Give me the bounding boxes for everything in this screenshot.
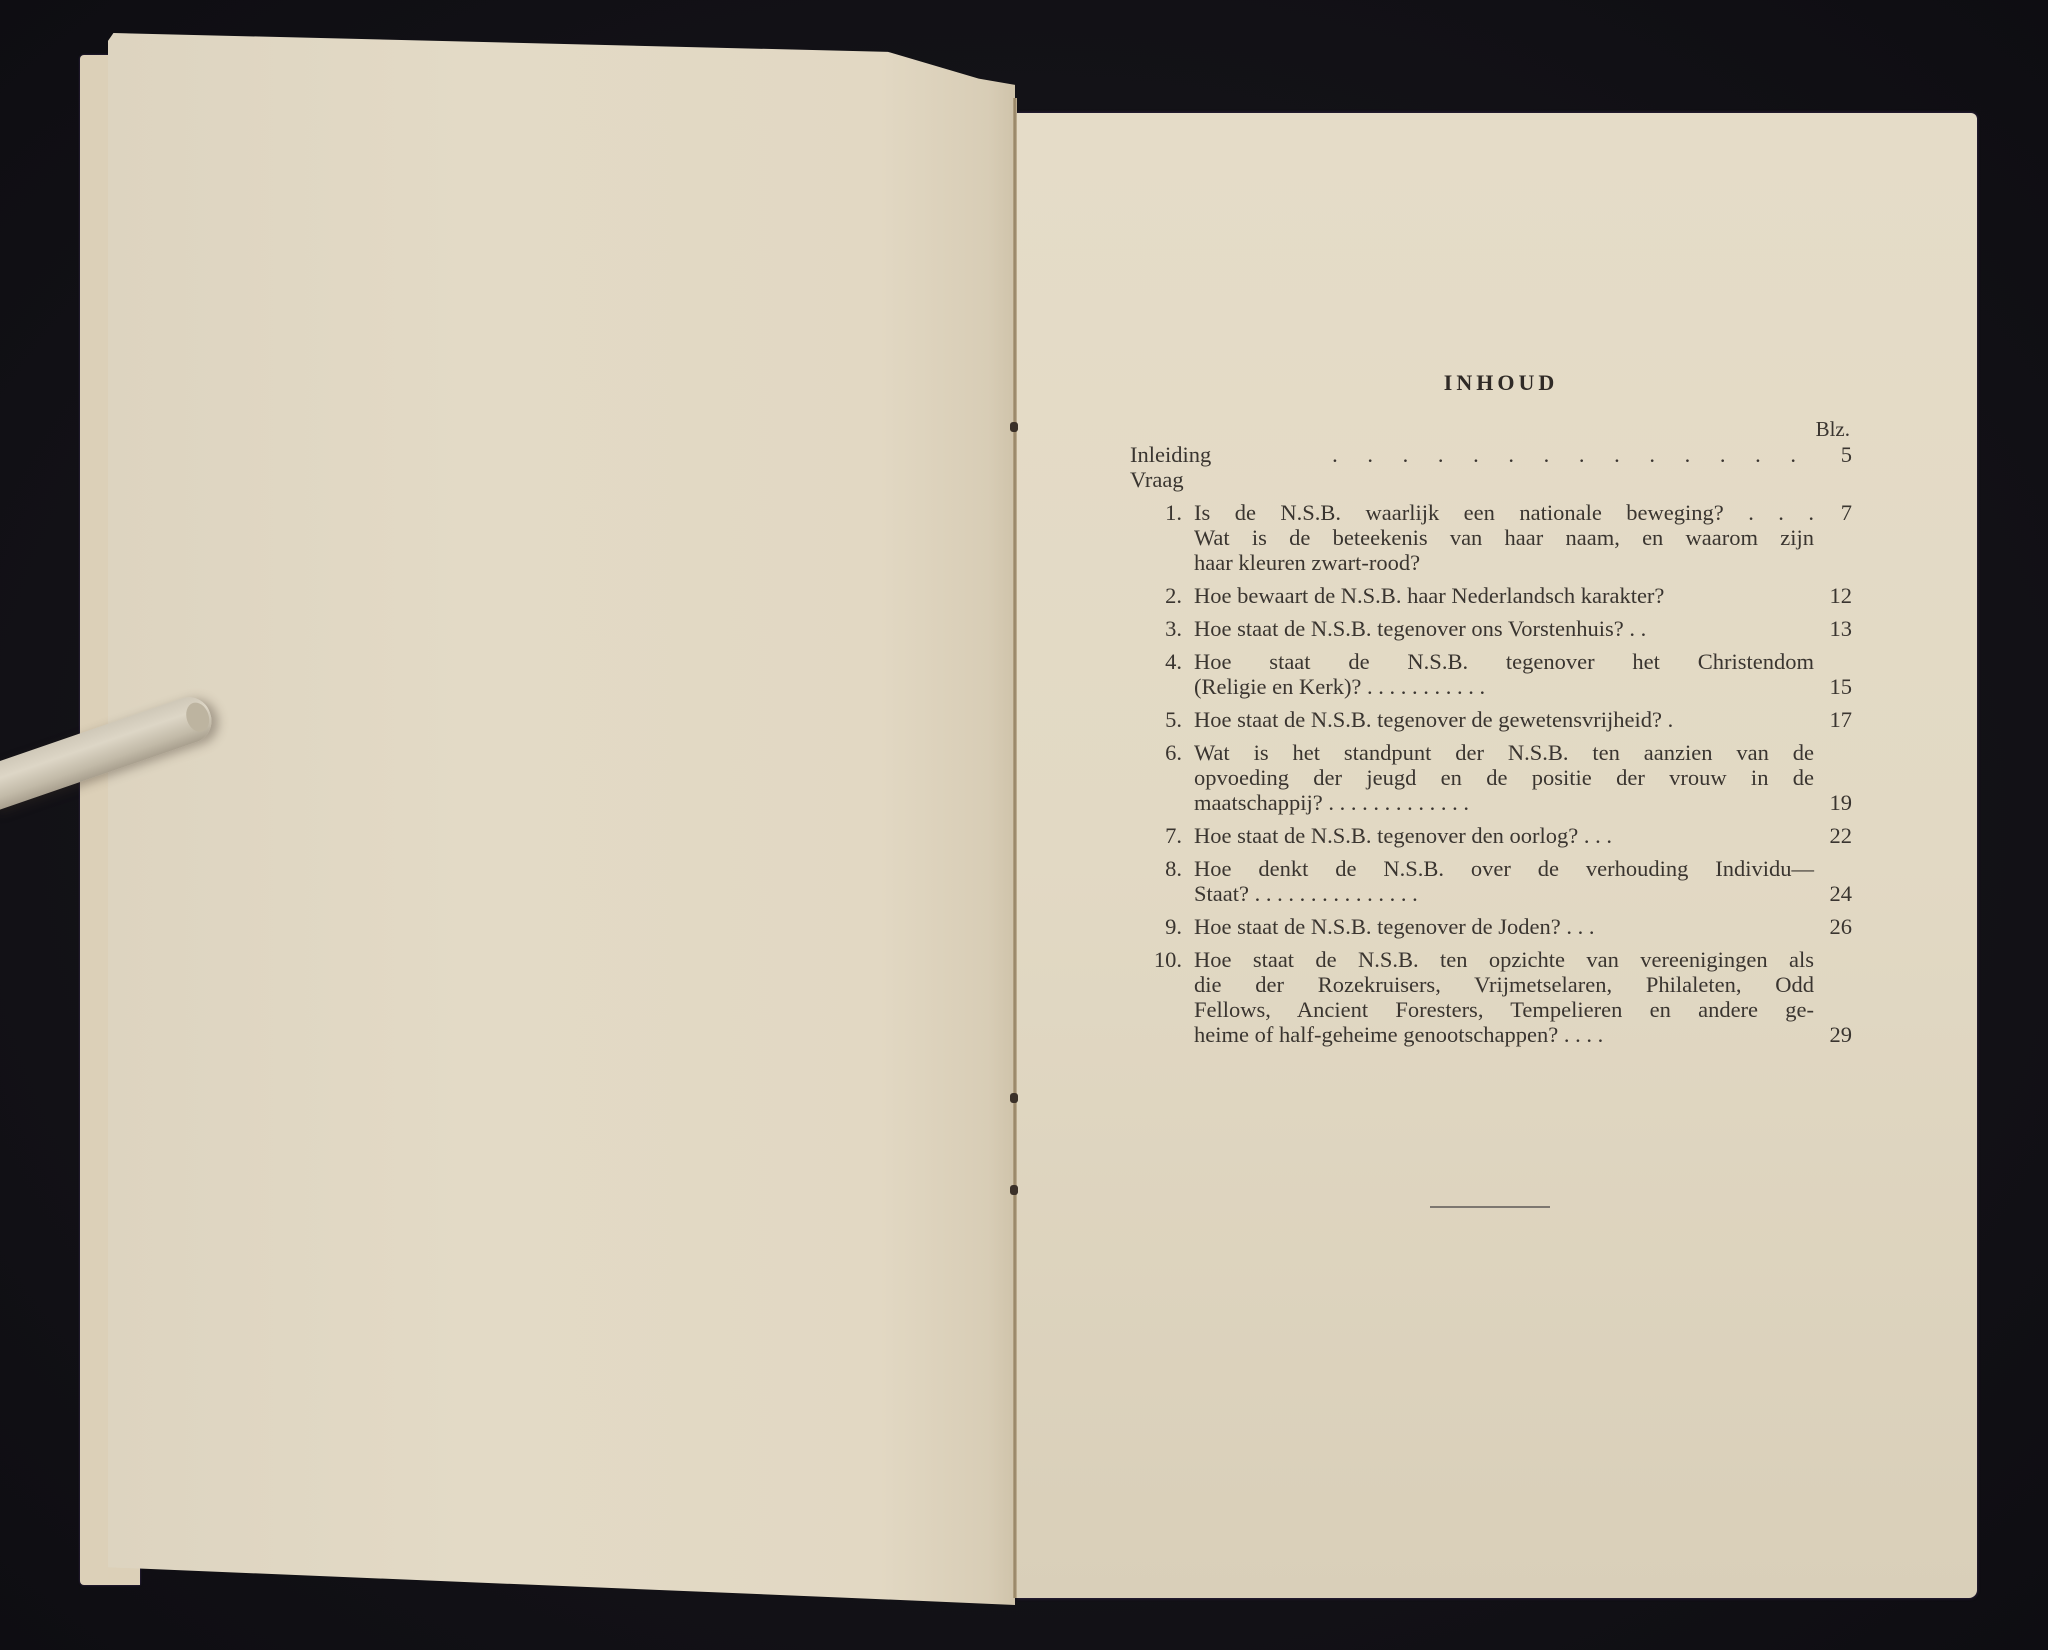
question-number: 1. (1130, 500, 1194, 575)
question-list: 1.Is de N.S.B. waarlijk een nationale be… (1130, 500, 1852, 1047)
question-line: Hoe staat de N.S.B. tegenover de geweten… (1194, 707, 1852, 732)
entry-page: 15 (1814, 674, 1852, 699)
question-line: Wat is het standpunt der N.S.B. ten aanz… (1194, 740, 1852, 765)
question-text: Hoe staat de N.S.B. tegenover ons Vorste… (1194, 616, 1852, 641)
entry-page (1814, 947, 1852, 972)
entry-page (1814, 525, 1852, 550)
question-line: Hoe staat de N.S.B. ten opzichte van ver… (1194, 947, 1852, 972)
entry-page (1814, 765, 1852, 790)
toc-entry-question[interactable]: 4.Hoe staat de N.S.B. tegenover het Chri… (1130, 649, 1852, 699)
staple-mark (1010, 1185, 1018, 1195)
question-line: (Religie en Kerk)? . . . . . . . . . . .… (1194, 674, 1852, 699)
line-text: Hoe staat de N.S.B. tegenover het Christ… (1194, 649, 1814, 674)
entry-page (1814, 972, 1852, 997)
line-text: Is de N.S.B. waarlijk een nationale bewe… (1194, 500, 1814, 525)
entry-page: 29 (1814, 1022, 1852, 1047)
line-text: Hoe staat de N.S.B. ten opzichte van ver… (1194, 947, 1814, 972)
line-text: opvoeding der jeugd en de positie der vr… (1194, 765, 1814, 790)
question-number: 6. (1130, 740, 1194, 815)
entry-page: 24 (1814, 881, 1852, 906)
line-text: Hoe bewaart de N.S.B. haar Nederlandsch … (1194, 583, 1814, 608)
entry-page: 12 (1814, 583, 1852, 608)
left-blank-page (108, 33, 1015, 1605)
entry-page: 13 (1814, 616, 1852, 641)
line-text: Hoe staat de N.S.B. tegenover de geweten… (1194, 707, 1814, 732)
table-of-contents: INHOUD Blz. Inleiding . . . . . . . . . … (1130, 370, 1852, 1047)
entry-page: 5 (1818, 442, 1852, 467)
toc-entry-question[interactable]: 9.Hoe staat de N.S.B. tegenover de Joden… (1130, 914, 1852, 939)
staple-mark (1010, 422, 1018, 432)
section-label: Vraag (1130, 467, 1852, 492)
question-line: heime of half-geheime genootschappen? . … (1194, 1022, 1852, 1047)
book-gutter (1013, 98, 1017, 1598)
question-number: 3. (1130, 616, 1194, 641)
line-text: heime of half-geheime genootschappen? . … (1194, 1022, 1814, 1047)
line-text: Hoe staat de N.S.B. tegenover de Joden? … (1194, 914, 1814, 939)
entry-page: 22 (1814, 823, 1852, 848)
toc-entry-question[interactable]: 6.Wat is het standpunt der N.S.B. ten aa… (1130, 740, 1852, 815)
entry-page (1814, 550, 1852, 575)
toc-entry-question[interactable]: 3.Hoe staat de N.S.B. tegenover ons Vors… (1130, 616, 1852, 641)
line-text: Hoe staat de N.S.B. tegenover den oorlog… (1194, 823, 1814, 848)
staple-mark (1010, 1093, 1018, 1103)
toc-entry-question[interactable]: 7.Hoe staat de N.S.B. tegenover den oorl… (1130, 823, 1852, 848)
line-text: die der Rozekruisers, Vrijmetselaren, Ph… (1194, 972, 1814, 997)
page-column-header: Blz. (1130, 417, 1852, 442)
line-text: Fellows, Ancient Foresters, Tempelieren … (1194, 997, 1814, 1022)
line-text: Wat is de beteekenis van haar naam, en w… (1194, 525, 1814, 550)
line-text: Hoe staat de N.S.B. tegenover ons Vorste… (1194, 616, 1814, 641)
question-number: 2. (1130, 583, 1194, 608)
entry-page (1814, 649, 1852, 674)
toc-entry-intro[interactable]: Inleiding . . . . . . . . . . . . . . 5 (1130, 442, 1852, 467)
question-number: 10. (1130, 947, 1194, 1047)
entry-page: 17 (1814, 707, 1852, 732)
page-title: INHOUD (1130, 370, 1852, 395)
question-line: die der Rozekruisers, Vrijmetselaren, Ph… (1194, 972, 1852, 997)
line-text: Hoe denkt de N.S.B. over de verhouding I… (1194, 856, 1814, 881)
question-line: Hoe staat de N.S.B. tegenover ons Vorste… (1194, 616, 1852, 641)
question-text: Is de N.S.B. waarlijk een nationale bewe… (1194, 500, 1852, 575)
question-text: Hoe staat de N.S.B. tegenover de Joden? … (1194, 914, 1852, 939)
toc-entry-question[interactable]: 10.Hoe staat de N.S.B. ten opzichte van … (1130, 947, 1852, 1047)
toc-entry-question[interactable]: 8.Hoe denkt de N.S.B. over de verhouding… (1130, 856, 1852, 906)
line-text: (Religie en Kerk)? . . . . . . . . . . . (1194, 674, 1814, 699)
question-number: 9. (1130, 914, 1194, 939)
question-line: opvoeding der jeugd en de positie der vr… (1194, 765, 1852, 790)
separator-rule (1430, 1206, 1550, 1208)
question-line: Hoe staat de N.S.B. tegenover de Joden? … (1194, 914, 1852, 939)
question-line: haar kleuren zwart-rood? (1194, 550, 1852, 575)
question-line: Hoe staat de N.S.B. tegenover het Christ… (1194, 649, 1852, 674)
line-text: Staat? . . . . . . . . . . . . . . . (1194, 881, 1814, 906)
entry-page (1814, 997, 1852, 1022)
question-number: 8. (1130, 856, 1194, 906)
question-text: Hoe denkt de N.S.B. over de verhouding I… (1194, 856, 1852, 906)
question-line: Wat is de beteekenis van haar naam, en w… (1194, 525, 1852, 550)
entry-page (1814, 856, 1852, 881)
line-text: haar kleuren zwart-rood? (1194, 550, 1814, 575)
question-line: maatschappij? . . . . . . . . . . . . .1… (1194, 790, 1852, 815)
question-line: Hoe bewaart de N.S.B. haar Nederlandsch … (1194, 583, 1852, 608)
entry-page (1814, 740, 1852, 765)
line-text: Wat is het standpunt der N.S.B. ten aanz… (1194, 740, 1814, 765)
entry-page: 7 (1814, 500, 1852, 525)
toc-entry-question[interactable]: 1.Is de N.S.B. waarlijk een nationale be… (1130, 500, 1852, 575)
question-text: Hoe staat de N.S.B. ten opzichte van ver… (1194, 947, 1852, 1047)
question-text: Hoe staat de N.S.B. tegenover de geweten… (1194, 707, 1852, 732)
question-number: 5. (1130, 707, 1194, 732)
question-text: Hoe staat de N.S.B. tegenover het Christ… (1194, 649, 1852, 699)
question-number: 4. (1130, 649, 1194, 699)
question-line: Hoe denkt de N.S.B. over de verhouding I… (1194, 856, 1852, 881)
question-line: Is de N.S.B. waarlijk een nationale bewe… (1194, 500, 1852, 525)
toc-entry-question[interactable]: 2.Hoe bewaart de N.S.B. haar Nederlandsc… (1130, 583, 1852, 608)
toc-entry-question[interactable]: 5.Hoe staat de N.S.B. tegenover de gewet… (1130, 707, 1852, 732)
question-line: Staat? . . . . . . . . . . . . . . .24 (1194, 881, 1852, 906)
entry-label: Inleiding (1130, 442, 1211, 467)
entry-page: 26 (1814, 914, 1852, 939)
question-line: Hoe staat de N.S.B. tegenover den oorlog… (1194, 823, 1852, 848)
question-number: 7. (1130, 823, 1194, 848)
question-text: Hoe staat de N.S.B. tegenover den oorlog… (1194, 823, 1852, 848)
line-text: maatschappij? . . . . . . . . . . . . . (1194, 790, 1814, 815)
dot-leader: . . . . . . . . . . . . . . (1211, 442, 1818, 467)
question-text: Hoe bewaart de N.S.B. haar Nederlandsch … (1194, 583, 1852, 608)
entry-page: 19 (1814, 790, 1852, 815)
question-line: Fellows, Ancient Foresters, Tempelieren … (1194, 997, 1852, 1022)
question-text: Wat is het standpunt der N.S.B. ten aanz… (1194, 740, 1852, 815)
